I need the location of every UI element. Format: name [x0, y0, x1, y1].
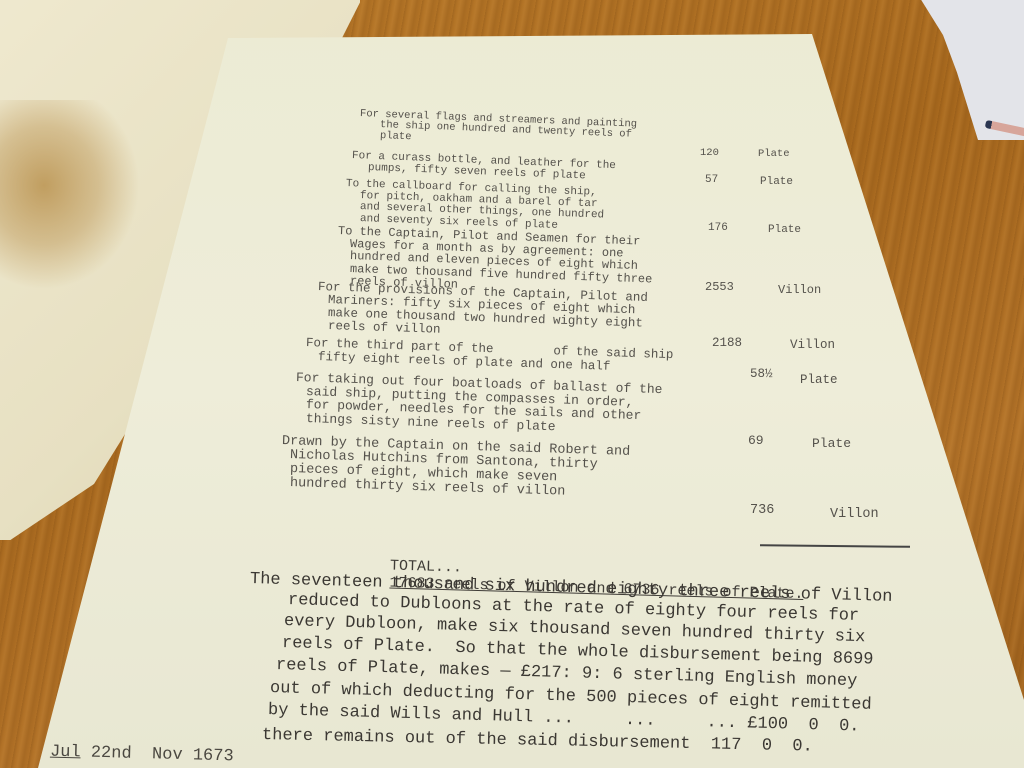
entry-currency: Plate — [812, 436, 851, 451]
entry-currency: Plate — [768, 224, 801, 236]
entry-amount: 176 — [708, 222, 728, 234]
entry-currency: Plate — [760, 176, 793, 188]
entry-amount: 69 — [748, 433, 764, 448]
entry-description-line: plate — [380, 130, 412, 143]
entry-description-line: reels of villon — [328, 319, 441, 337]
entry-currency: Plate — [800, 373, 838, 387]
entry-amount: 120 — [700, 147, 719, 159]
entry-amount: 2553 — [705, 280, 734, 294]
date-prefix: Jul — [50, 743, 81, 763]
entry-amount: 57 — [705, 174, 718, 186]
entry-currency: Villon — [830, 507, 879, 522]
entry-currency: Plate — [758, 148, 790, 160]
entry-currency: Villon — [790, 338, 835, 352]
entry-amount: 58½ — [750, 367, 773, 381]
date-text: 22nd Nov 1673 — [80, 743, 233, 766]
entry-amount: 736 — [750, 503, 774, 518]
entry-currency: Villon — [778, 283, 821, 297]
entry-amount: 2188 — [712, 336, 742, 350]
